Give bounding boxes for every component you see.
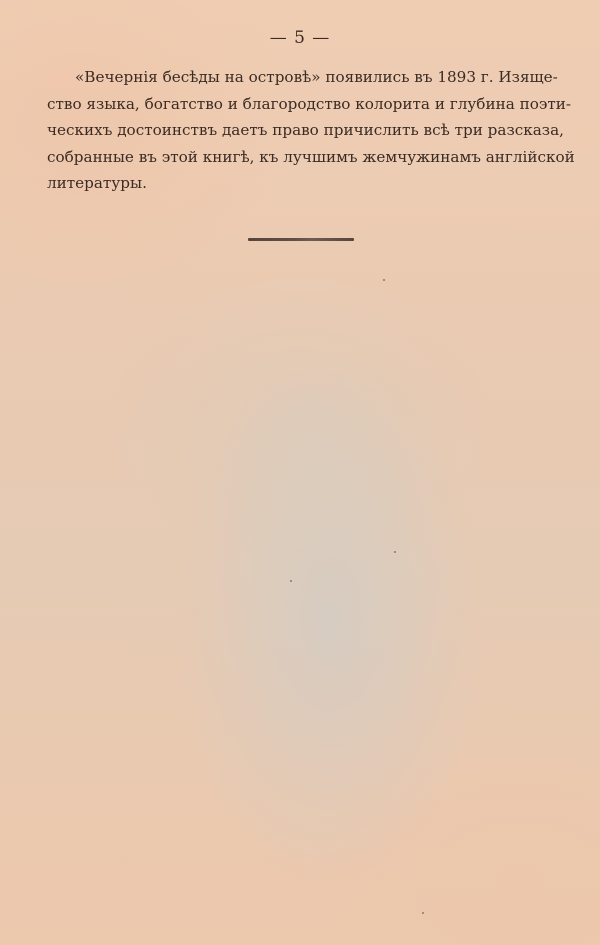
- paragraph: «Вечернія бесѣды на островѣ» появились в…: [47, 64, 555, 197]
- paragraph-line: литературы.: [47, 170, 555, 197]
- paper-speck: [290, 580, 292, 582]
- paragraph-line: собранные въ этой книгѣ, къ лучшимъ жемч…: [47, 144, 555, 171]
- paragraph-line: «Вечернія бесѣды на островѣ» появились в…: [47, 64, 555, 91]
- book-page: — 5 — «Вечернія бесѣды на островѣ» появи…: [0, 0, 600, 945]
- paper-speck: [394, 551, 396, 553]
- paragraph-line: ство языка, богатство и благородство кол…: [47, 91, 555, 118]
- page-number: — 5 —: [0, 28, 600, 48]
- paper-speck: [422, 912, 424, 914]
- paper-speck: [383, 279, 385, 281]
- paragraph-line: ческихъ достоинствъ даетъ право причисли…: [47, 117, 555, 144]
- section-divider: [248, 238, 354, 241]
